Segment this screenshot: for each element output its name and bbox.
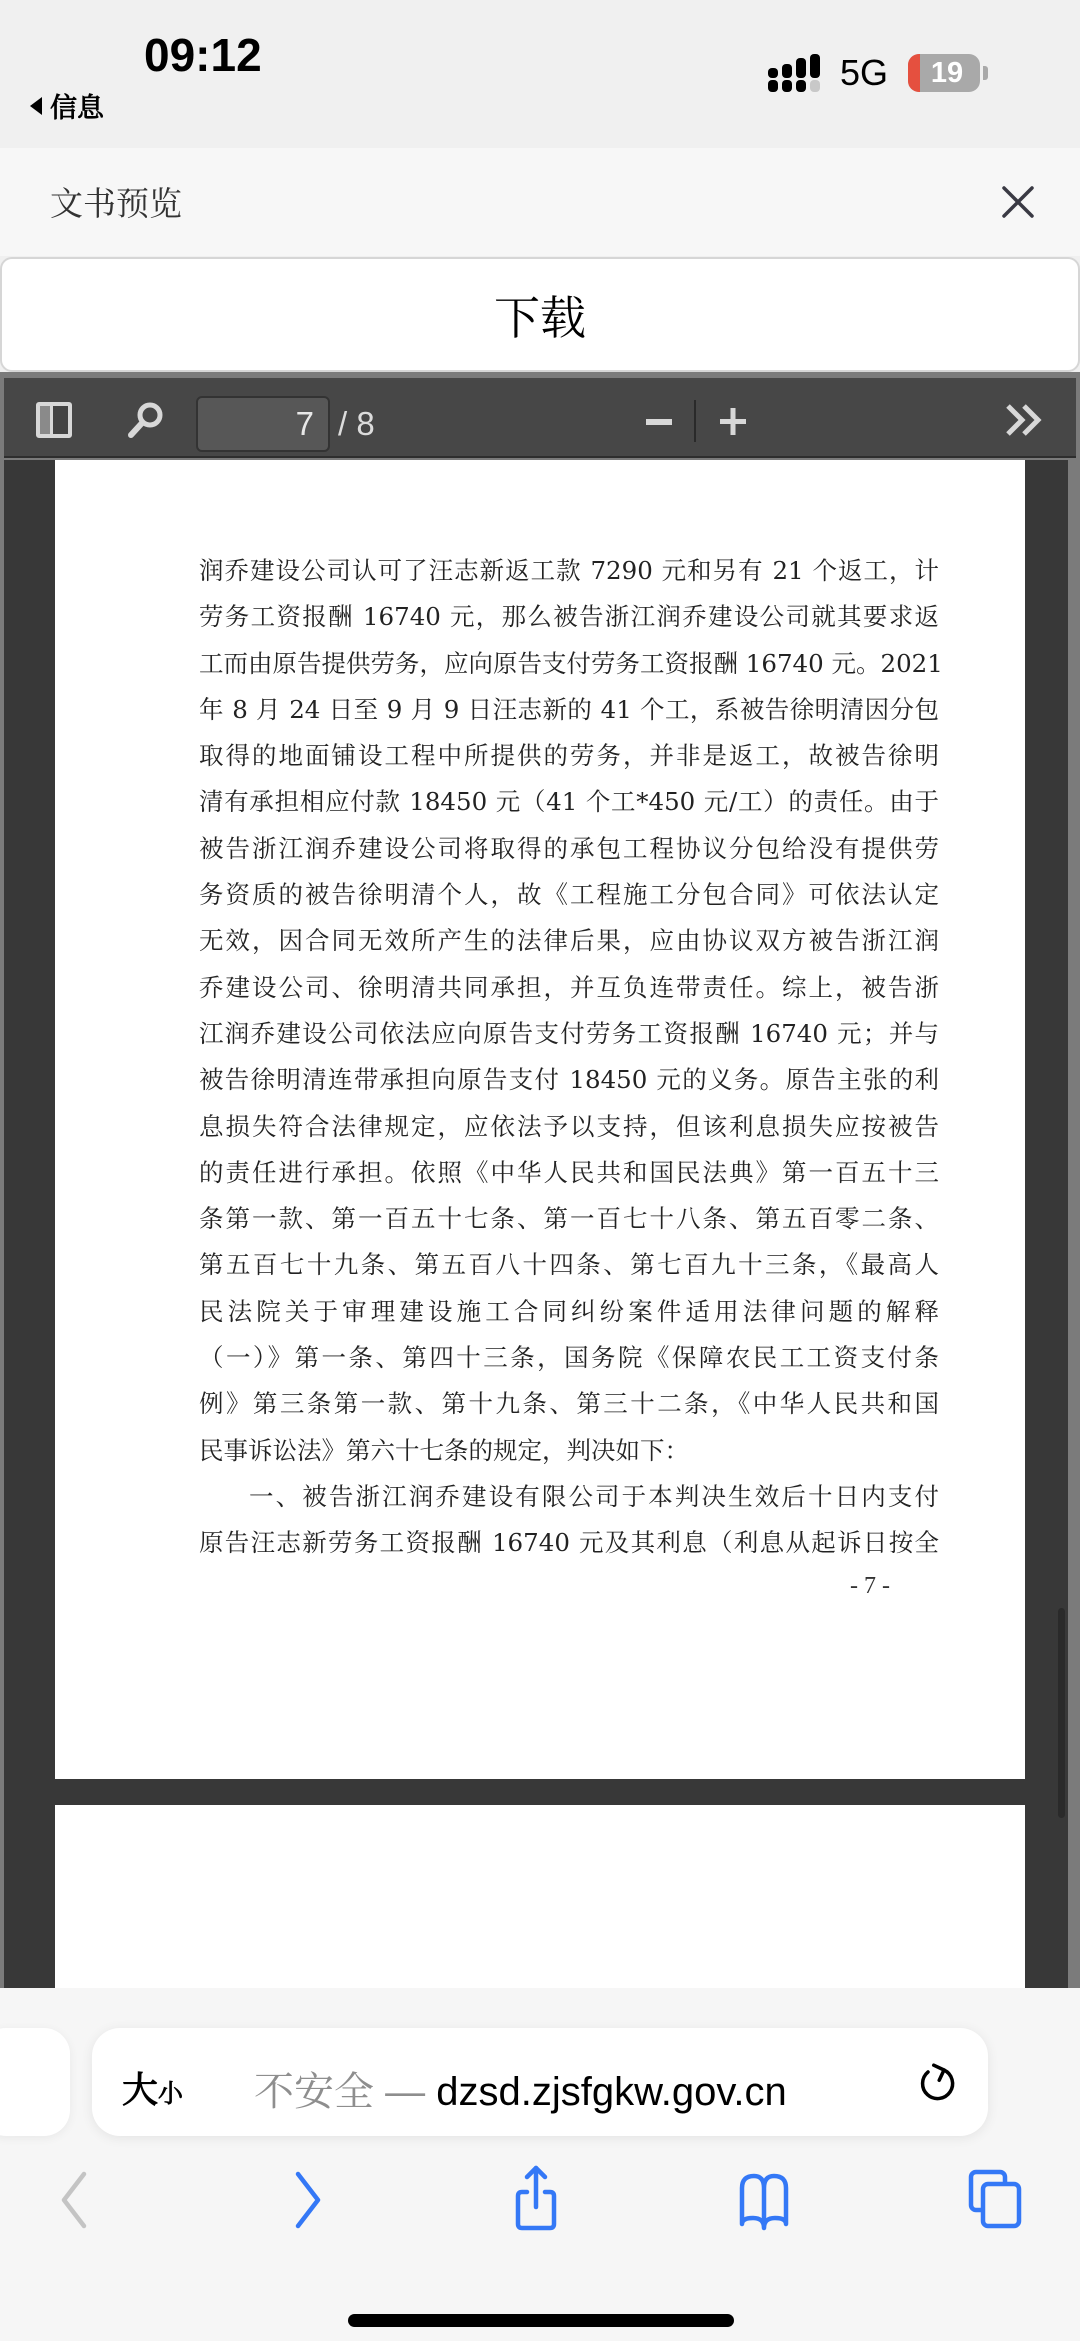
page-total: / 8 [338,396,375,452]
page-number-footer: - 7 - [850,1573,890,1600]
battery-percentage: 19 [908,54,980,92]
browser-bottom-bar: 大小 不安全 — dzsd.zjsfgkw.gov.cn [0,1988,1080,2341]
back-triangle-icon [30,97,42,115]
document-line: 一、被告浙江润乔建设有限公司于本判决生效后十日内支付 [199,1474,939,1520]
status-time: 09:12 [144,28,262,82]
tabs-icon[interactable] [956,2158,1036,2238]
document-line: 民法院关于审理建设施工合同纠纷案件适用法律问题的解释 [199,1289,939,1335]
text-size-small: 小 [158,2080,183,2108]
pdf-viewer: 7 / 8 润乔建设公司认可了汪志新返工款 7290 元和另有 21 个返工，计… [0,372,1080,1988]
document-line: 息损失符合法律规定，应依法予以支持，但该利息损失应按被告 [199,1104,939,1150]
download-button[interactable]: 下载 [0,257,1080,372]
chevron-left-icon[interactable] [34,2158,114,2238]
document-line: 条第一款、第一百五十七条、第一百七十八条、第五百零二条、 [199,1196,939,1242]
url-host: dzsd.zjsfgkw.gov.cn [436,2070,787,2114]
previous-tab-preview[interactable] [0,2028,70,2136]
reload-icon[interactable] [914,2058,960,2106]
document-line: 被告浙江润乔建设公司将取得的承包工程协议分包给没有提供劳 [199,826,939,872]
document-line: 劳务工资报酬 16740 元，那么被告浙江润乔建设公司就其要求返 [199,594,939,640]
back-to-app-button[interactable]: 信息 [30,86,104,125]
document-line: 例》第三条第一款、第十九条、第三十二条，《中华人民共和国 [199,1381,939,1427]
document-line: 江润乔建设公司依法应向原告支付劳务工资报酬 16740 元；并与 [199,1011,939,1057]
battery-icon: 19 [908,54,980,92]
document-line: 原告汪志新劳务工资报酬 16740 元及其利息（利息从起诉日按全 [199,1520,939,1566]
chevron-right-icon[interactable] [268,2158,348,2238]
document-line: 的责任进行承担。依照《中华人民共和国民法典》第一百五十三 [199,1150,939,1196]
document-line: 第五百七十九条、第五百八十四条、第七百九十三条，《最高人 [199,1242,939,1288]
back-app-label: 信息 [50,86,104,125]
text-size-big: 大 [122,2069,158,2110]
zoom-out-button[interactable] [640,398,680,444]
book-icon[interactable] [724,2158,804,2238]
status-bar: 09:12 信息 5G 19 [0,0,1080,148]
document-line: 民事诉讼法》第六十七条的规定，判决如下： [199,1428,939,1474]
address-bar[interactable]: 大小 不安全 — dzsd.zjsfgkw.gov.cn [92,2028,988,2136]
battery-tip [983,66,988,80]
document-line: 年 8 月 24 日至 9 月 9 日汪志新的 41 个工，系被告徐明清因分包 [199,687,939,733]
toolbar-divider [694,400,696,442]
browser-nav-bar [0,2158,1080,2258]
document-line: 无效，因合同无效所产生的法律后果，应由协议双方被告浙江润 [199,918,939,964]
pdf-toolbar: 7 / 8 [4,378,1076,458]
vertical-scrollbar[interactable] [1058,1608,1065,1818]
document-line: 取得的地面铺设工程中所提供的劳务，并非是返工，故被告徐明 [199,733,939,779]
pdf-pages-container[interactable]: 润乔建设公司认可了汪志新返工款 7290 元和另有 21 个返工，计 劳务工资报… [4,460,1068,1988]
pdf-page-8 [55,1805,1025,1988]
home-indicator[interactable] [348,2314,734,2327]
pdf-page-7: 润乔建设公司认可了汪志新返工款 7290 元和另有 21 个返工，计 劳务工资报… [55,460,1025,1779]
modal-header: 文书预览 [0,148,1080,256]
document-line: 乔建设公司、徐明清共同承担，并互负连带责任。综上，被告浙 [199,965,939,1011]
document-line: （一）》第一条、第四十三条，国务院《保障农民工工资支付条 [199,1335,939,1381]
document-line: 务资质的被告徐明清个人，故《工程施工分包合同》可依法认定 [199,872,939,918]
sidebar-toggle-icon[interactable] [36,402,72,438]
document-line: 润乔建设公司认可了汪志新返工款 7290 元和另有 21 个返工，计 [199,548,939,594]
network-type: 5G [840,52,888,94]
document-line: 工而由原告提供劳务，应向原告支付劳务工资报酬 16740 元。2021 [199,641,939,687]
close-icon[interactable] [998,182,1038,222]
document-body: 润乔建设公司认可了汪志新返工款 7290 元和另有 21 个返工，计 劳务工资报… [199,548,939,1567]
cellular-signal-icon [768,54,822,92]
share-icon[interactable] [496,2158,576,2238]
modal-title: 文书预览 [50,178,182,225]
document-line: 被告徐明清连带承担向原告支付 18450 元的义务。原告主张的利 [199,1057,939,1103]
zoom-in-button[interactable] [714,398,754,444]
insecure-label: 不安全 — [254,2070,436,2114]
page-number-input[interactable]: 7 [196,396,330,452]
double-chevron-right-icon[interactable] [1004,400,1048,440]
text-size-button[interactable]: 大小 [122,2062,183,2113]
search-icon[interactable] [126,400,166,440]
url-display[interactable]: 不安全 — dzsd.zjsfgkw.gov.cn [254,2060,787,2117]
document-line: 清有承担相应付款 18450 元（41 个工*450 元/工）的责任。由于 [199,779,939,825]
